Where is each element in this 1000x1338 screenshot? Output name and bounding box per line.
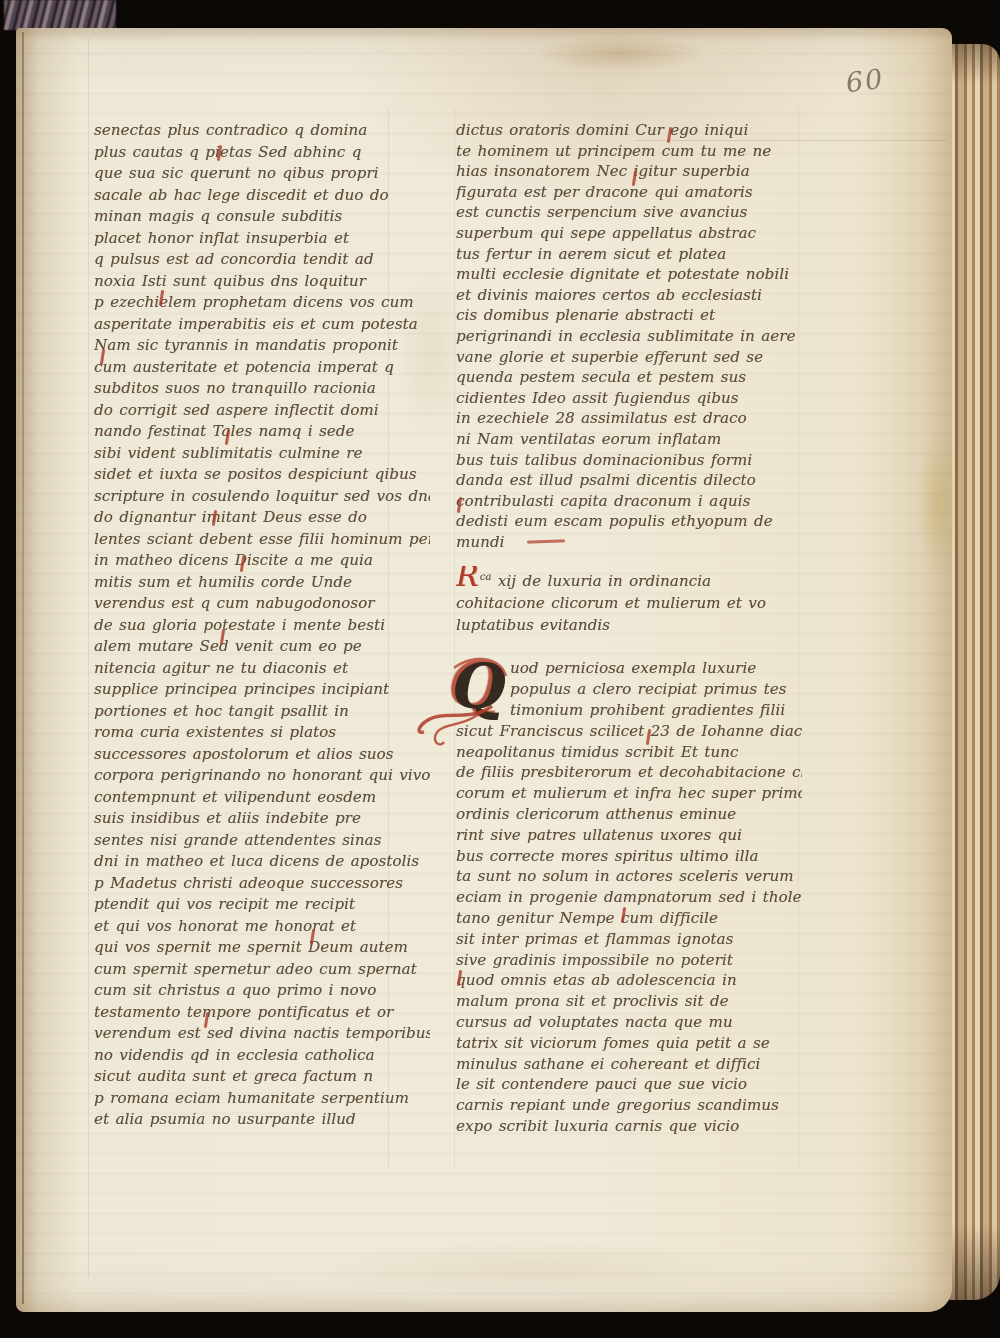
text-line: sicut audita sunt et greca factum n [94, 1066, 430, 1088]
text-line: ordinis clericorum atthenus eminue [456, 804, 802, 825]
rubric-line-text: xij de luxuria in ordinancia [491, 572, 711, 590]
left-ruling-line [88, 38, 89, 1278]
text-line: Nam sic tyrannis in mandatis proponit [94, 335, 430, 357]
stain [316, 1238, 736, 1298]
text-line: cohitacione clicorum et mulierum et vo [456, 592, 802, 614]
text-line: et divinis maiores certos ab ecclesiasti [456, 285, 802, 306]
text-line: superbum qui sepe appellatus abstrac [456, 223, 802, 244]
right-column-paragraph-1: dictus oratoris domini Cur ego iniquite … [456, 120, 802, 552]
text-line: no videndis qd in ecclesia catholica [94, 1045, 430, 1067]
folio-number: 60 [844, 64, 886, 99]
text-line: minulus sathane ei cohereant et diffici [456, 1054, 802, 1075]
text-line: le sit contendere pauci que sue vicio [456, 1074, 802, 1095]
rubric-superscript: ca [480, 572, 492, 583]
text-line: plus cautas q pietas Sed abhinc q [94, 142, 430, 164]
text-line: carnis repiant unde gregorius scandimus [456, 1095, 802, 1116]
text-line: verendum est sed divina nactis temporibu… [94, 1023, 430, 1045]
text-line: vane glorie et superbie efferunt sed se [456, 347, 802, 368]
text-line: p romana eciam humanitate serpentium [94, 1088, 430, 1110]
text-line: et alia psumia no usurpante illud [94, 1109, 430, 1131]
left-column-lines: senectas plus contradico q dominaplus ca… [94, 120, 430, 1131]
text-line: mitis sum et humilis corde Unde [94, 572, 430, 594]
text-line: expo scribit luxuria carnis que vicio [456, 1116, 802, 1137]
text-line: cursus ad voluptates nacta que mu [456, 1012, 802, 1033]
text-line: sicut Franciscus scilicet 23 de Iohanne … [456, 721, 802, 742]
text-line: verendus est q cum nabugodonosor [94, 593, 430, 615]
rubric-initial-R: R [456, 566, 479, 592]
text-line: neapolitanus timidus scribit Et tunc [456, 742, 802, 763]
text-line: cum austeritate et potencia imperat q [94, 357, 430, 379]
text-line: subditos suos no tranquillo racionia [94, 378, 430, 400]
text-line: roma curia existentes si platos [94, 722, 430, 744]
text-line: tano genitur Nempe cum difficile [456, 908, 802, 929]
text-line: te hominem ut principem cum tu me ne [456, 141, 802, 162]
intercolumn-ruling-right [454, 108, 455, 1168]
text-line: scripture in cosulendo loquitur sed vos … [94, 486, 430, 508]
text-line: do dignantur imitant Deus esse do [94, 507, 430, 529]
text-line: ta sunt no solum in actores sceleris ver… [456, 866, 802, 887]
text-line: sentes nisi grande attendentes sinas [94, 830, 430, 852]
text-line: ni Nam ventilatas eorum inflatam [456, 429, 802, 450]
right-text-column: dictus oratoris domini Cur ego iniquite … [456, 120, 802, 1137]
text-line: in matheo dicens Discite a me quia [94, 550, 430, 572]
text-line: lentes sciant debent esse filii hominum … [94, 529, 430, 551]
text-line: uod perniciosa exempla luxurie [456, 658, 802, 679]
text-line: do corrigit sed aspere inflectit domi [94, 400, 430, 422]
left-text-column: senectas plus contradico q dominaplus ca… [94, 120, 430, 1131]
gutter-fold-line [22, 32, 24, 1304]
text-line: tatrix sit viciorum fomes quia petit a s… [456, 1033, 802, 1054]
text-line: est cunctis serpencium sive avancius [456, 202, 802, 223]
text-line: de filiis presbiterorum et decohabitacio… [456, 762, 802, 783]
text-line: quod omnis etas ab adolescencia in [456, 970, 802, 991]
marbled-binding-corner [4, 0, 116, 30]
text-line: timonium prohibent gradientes filii [456, 700, 802, 721]
text-line: populus a clero recipiat primus tes [456, 679, 802, 700]
manuscript-scan: 60 senectas plus contradico q dominaplus… [0, 0, 1000, 1338]
text-line: successores apostolorum et alios suos [94, 744, 430, 766]
text-line: bus correcte mores spiritus ultimo illa [456, 846, 802, 867]
text-line: figurata est per dracone qui amatoris [456, 182, 802, 203]
text-line: qui vos spernit me spernit Deum autem [94, 937, 430, 959]
text-line: sibi vident sublimitatis culmine re [94, 443, 430, 465]
text-line: testamento tempore pontificatus et or [94, 1002, 430, 1024]
text-line: quenda pestem secula et pestem sus [456, 367, 802, 388]
text-line: p Madetus christi adeoque successores [94, 873, 430, 895]
text-line: contempnunt et vilipendunt eosdem [94, 787, 430, 809]
text-line: tus fertur in aerem sicut et platea [456, 244, 802, 265]
text-line: mundi [456, 532, 802, 553]
text-line: et qui vos honorat me honorat et [94, 916, 430, 938]
text-line: p ezechielem prophetam dicens vos cum [94, 292, 430, 314]
manuscript-page: 60 senectas plus contradico q dominaplus… [16, 28, 952, 1312]
text-line: dictus oratoris domini Cur ego iniqui [456, 120, 802, 141]
text-line: corpora perigrinando no honorant qui viv… [94, 765, 430, 787]
text-line: dedisti eum escam populis ethyopum de [456, 511, 802, 532]
text-line: malum prona sit et proclivis sit de [456, 991, 802, 1012]
text-line: placet honor inflat insuperbia et [94, 228, 430, 250]
text-line: perigrinandi in ecclesia sublimitate in … [456, 326, 802, 347]
text-line: senectas plus contradico q domina [94, 120, 430, 142]
text-line: nitencia agitur ne tu diaconis et [94, 658, 430, 680]
text-line: nando festinat Tales namq i sede [94, 421, 430, 443]
text-line: portiones et hoc tangit psallit in [94, 701, 430, 723]
text-line: cum spernit spernetur adeo cum spernat [94, 959, 430, 981]
text-line: cidientes Ideo assit fugiendus qibus [456, 388, 802, 409]
text-line: minan magis q consule subditis [94, 206, 430, 228]
text-line: dni in matheo et luca dicens de apostoli… [94, 851, 430, 873]
text-line: q pulsus est ad concordia tendit ad [94, 249, 430, 271]
text-line: que sua sic querunt no qibus propri [94, 163, 430, 185]
text-line: noxia Isti sunt quibus dns loquitur [94, 271, 430, 293]
text-line: cum sit christus a quo primo i novo [94, 980, 430, 1002]
text-line: cis domibus plenarie abstracti et [456, 305, 802, 326]
text-line: alem mutare Sed venit cum eo pe [94, 636, 430, 658]
text-line: danda est illud psalmi dicentis dilecto [456, 470, 802, 491]
text-line: corum et mulierum et infra hec super pri… [456, 783, 802, 804]
text-line: hias insonatorem Nec igitur superbia [456, 161, 802, 182]
text-line: supplice principea principes incipiant [94, 679, 430, 701]
paragraph-2-lines: uod perniciosa exempla luxuriepopulus a … [456, 658, 802, 1136]
text-line: sive gradinis impossibile no poterit [456, 950, 802, 971]
rubric-continuation: cohitacione clicorum et mulierum et volu… [456, 592, 802, 636]
text-line: asperitate imperabitis eis et cum potest… [94, 314, 430, 336]
stain [536, 34, 706, 72]
rubric-heading: Rca xij de luxuria in ordinancia cohitac… [456, 566, 802, 636]
text-line: in ezechiele 28 assimilatus est draco [456, 408, 802, 429]
text-line: contribulasti capita draconum i aquis [456, 491, 802, 512]
text-line: bus tuis talibus dominacionibus formi [456, 450, 802, 471]
text-line: de sua gloria potestate i mente besti [94, 615, 430, 637]
text-line: sacale ab hac lege discedit et duo do [94, 185, 430, 207]
text-line: luptatibus evitandis [456, 614, 802, 636]
rubric-line: Rca xij de luxuria in ordinancia [456, 566, 802, 592]
text-line: multi ecclesie dignitate et potestate no… [456, 264, 802, 285]
text-line: ptendit qui vos recipit me recipit [94, 894, 430, 916]
right-column-paragraph-2: Q Q uod perniciosa exempla luxuriepopulu… [456, 658, 802, 1136]
text-line: rint sive patres ullatenus uxores qui [456, 825, 802, 846]
text-line: sidet et iuxta se positos despiciunt qib… [94, 464, 430, 486]
text-line: suis insidibus et aliis indebite pre [94, 808, 430, 830]
text-line: eciam in progenie dampnatorum sed i thol… [456, 887, 802, 908]
text-line: sit inter primas et flammas ignotas [456, 929, 802, 950]
